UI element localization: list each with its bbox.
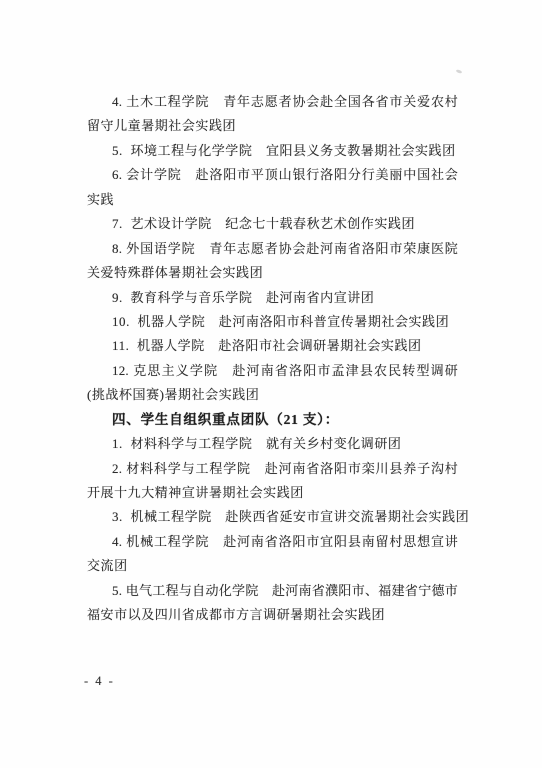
list-item-s4-2: 2. 材料科学与工程学院 赴河南省洛阳市栾川县养子沟村 <box>87 457 458 481</box>
page-number: - 4 - <box>84 674 115 689</box>
document-page: 4. 土木工程学院 青年志愿者协会赴全国各省市关爱农村留守儿童暑期社会实践团5.… <box>0 0 542 768</box>
list-item-s4-5-wrap: 福安市以及四川省成都市方言调研暑期社会实践团 <box>87 603 458 627</box>
list-item-11: 11. 机器人学院 赴洛阳市社会调研暑期社会实践团 <box>87 334 458 358</box>
list-item-s4-2-wrap: 开展十九大精神宣讲暑期社会实践团 <box>87 481 458 505</box>
section-heading: 四、学生自组织重点团队（21 支）： <box>87 408 458 432</box>
list-item-s4-3: 3. 机械工程学院 赴陕西省延安市宣讲交流暑期社会实践团 <box>87 505 458 529</box>
list-item-6-wrap: 实践 <box>87 188 458 212</box>
list-item-12: 12. 克思主义学院 赴河南省洛阳市孟津县农民转型调研 <box>87 359 458 383</box>
list-item-s4-4: 4. 机械工程学院 赴河南省洛阳市宜阳县南留村思想宣讲 <box>87 530 458 554</box>
scan-speck <box>456 69 463 74</box>
list-item-9: 9. 教育科学与音乐学院 赴河南省内宣讲团 <box>87 286 458 310</box>
list-item-4: 4. 土木工程学院 青年志愿者协会赴全国各省市关爱农村 <box>87 90 458 114</box>
list-item-s4-4-wrap: 交流团 <box>87 554 458 578</box>
list-item-8-wrap: 关爱特殊群体暑期社会实践团 <box>87 261 458 285</box>
list-item-4-wrap: 留守儿童暑期社会实践团 <box>87 114 458 138</box>
text-column: 4. 土木工程学院 青年志愿者协会赴全国各省市关爱农村留守儿童暑期社会实践团5.… <box>87 90 458 628</box>
list-item-8: 8. 外国语学院 青年志愿者协会赴河南省洛阳市荣康医院 <box>87 237 458 261</box>
list-item-12-wrap: (挑战杯国赛)暑期社会实践团 <box>87 383 458 407</box>
list-item-s4-1: 1. 材料科学与工程学院 就有关乡村变化调研团 <box>87 432 458 456</box>
list-item-7: 7. 艺术设计学院 纪念七十载春秋艺术创作实践团 <box>87 212 458 236</box>
list-item-6: 6. 会计学院 赴洛阳市平顶山银行洛阳分行美丽中国社会 <box>87 163 458 187</box>
list-item-s4-5: 5. 电气工程与自动化学院 赴河南省濮阳市、福建省宁德市 <box>87 579 458 603</box>
list-item-5: 5. 环境工程与化学学院 宜阳县义务支教暑期社会实践团 <box>87 139 458 163</box>
list-item-10: 10. 机器人学院 赴河南洛阳市科普宣传暑期社会实践团 <box>87 310 458 334</box>
